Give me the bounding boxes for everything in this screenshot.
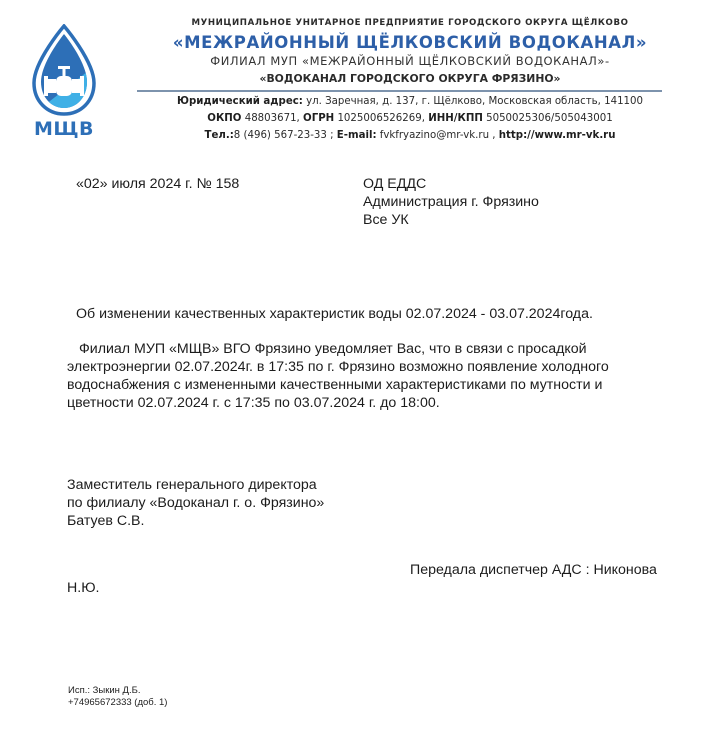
executor-phone: +74965672333 (доб. 1) bbox=[68, 697, 167, 709]
inn-value: 5050025306/505043001 bbox=[483, 113, 613, 124]
dispatcher-note: Передала диспетчер АДС : Никонова bbox=[410, 561, 657, 579]
recipient: Все УК bbox=[363, 211, 539, 229]
signatory-branch: по филиалу «Водоканал г. о. Фрязино» bbox=[67, 494, 324, 512]
legal-address: Юридический адрес: ул. Заречная, д. 137,… bbox=[140, 96, 680, 107]
registration-codes: ОКПО 48803671, ОГРН 1025006526269, ИНН/К… bbox=[140, 113, 680, 124]
inn-label: ИНН/КПП bbox=[428, 113, 483, 124]
letterhead-divider bbox=[137, 90, 662, 92]
letter-date-number: «02» июля 2024 г. № 158 bbox=[76, 175, 239, 193]
recipient: Администрация г. Фрязино bbox=[363, 193, 539, 211]
signatory-name: Батуев С.В. bbox=[67, 512, 324, 530]
body-line: Филиал МУП «МЩВ» ВГО Фрязино уведомляет … bbox=[67, 340, 687, 358]
company-logo: МЩВ bbox=[24, 24, 104, 149]
body-line: цветности 02.07.2024 г. с 17:35 по 03.07… bbox=[67, 394, 687, 412]
address-label: Юридический адрес: bbox=[177, 96, 303, 107]
email-value: fvkfryazino@mr-vk.ru , bbox=[377, 130, 499, 141]
ogrn-label: ОГРН bbox=[303, 113, 334, 124]
signature-block: Заместитель генерального директора по фи… bbox=[67, 476, 324, 530]
letterhead-branch: ФИЛИАЛ МУП «МЕЖРАЙОННЫЙ ЩЁЛКОВСКИЙ ВОДОК… bbox=[140, 54, 680, 68]
recipient: ОД ЕДДС bbox=[363, 175, 539, 193]
recipients: ОД ЕДДС Администрация г. Фрязино Все УК bbox=[363, 175, 539, 229]
address-value: ул. Заречная, д. 137, г. Щёлково, Москов… bbox=[303, 96, 643, 107]
water-drop-valve-icon bbox=[31, 24, 97, 116]
body-line: водоснабжения с измененными качественным… bbox=[67, 376, 687, 394]
executor-name: Исп.: Зыкин Д.Б. bbox=[68, 685, 167, 697]
email-label: E-mail: bbox=[337, 130, 377, 141]
letterhead-org-name: «МЕЖРАЙОННЫЙ ЩЁЛКОВСКИЙ ВОДОКАНАЛ» bbox=[140, 33, 680, 52]
tel-label: Тел.: bbox=[205, 130, 234, 141]
letter-subject: Об изменении качественных характеристик … bbox=[76, 305, 593, 323]
letterhead-branch-name: «ВОДОКАНАЛ ГОРОДСКОГО ОКРУГА ФРЯЗИНО» bbox=[140, 72, 680, 85]
body-line: электроэнергии 02.07.2024г. в 17:35 по г… bbox=[67, 358, 687, 376]
letterhead-org-type: МУНИЦИПАЛЬНОЕ УНИТАРНОЕ ПРЕДПРИЯТИЕ ГОРО… bbox=[140, 18, 680, 28]
tel-value: 8 (496) 567-23-33 ; bbox=[234, 130, 337, 141]
executor-block: Исп.: Зыкин Д.Б. +74965672333 (доб. 1) bbox=[68, 685, 167, 708]
letter-body: Филиал МУП «МЩВ» ВГО Фрязино уведомляет … bbox=[67, 340, 687, 412]
logo-text: МЩВ bbox=[24, 118, 104, 140]
dispatcher-initials: Н.Ю. bbox=[67, 579, 99, 597]
okpo-label: ОКПО bbox=[207, 113, 241, 124]
signatory-title: Заместитель генерального директора bbox=[67, 476, 324, 494]
ogrn-value: 1025006526269, bbox=[334, 113, 428, 124]
website-link: http://www.mr-vk.ru bbox=[499, 130, 616, 141]
okpo-value: 48803671, bbox=[241, 113, 303, 124]
contacts: Тел.:8 (496) 567-23-33 ; E-mail: fvkfrya… bbox=[140, 130, 680, 141]
